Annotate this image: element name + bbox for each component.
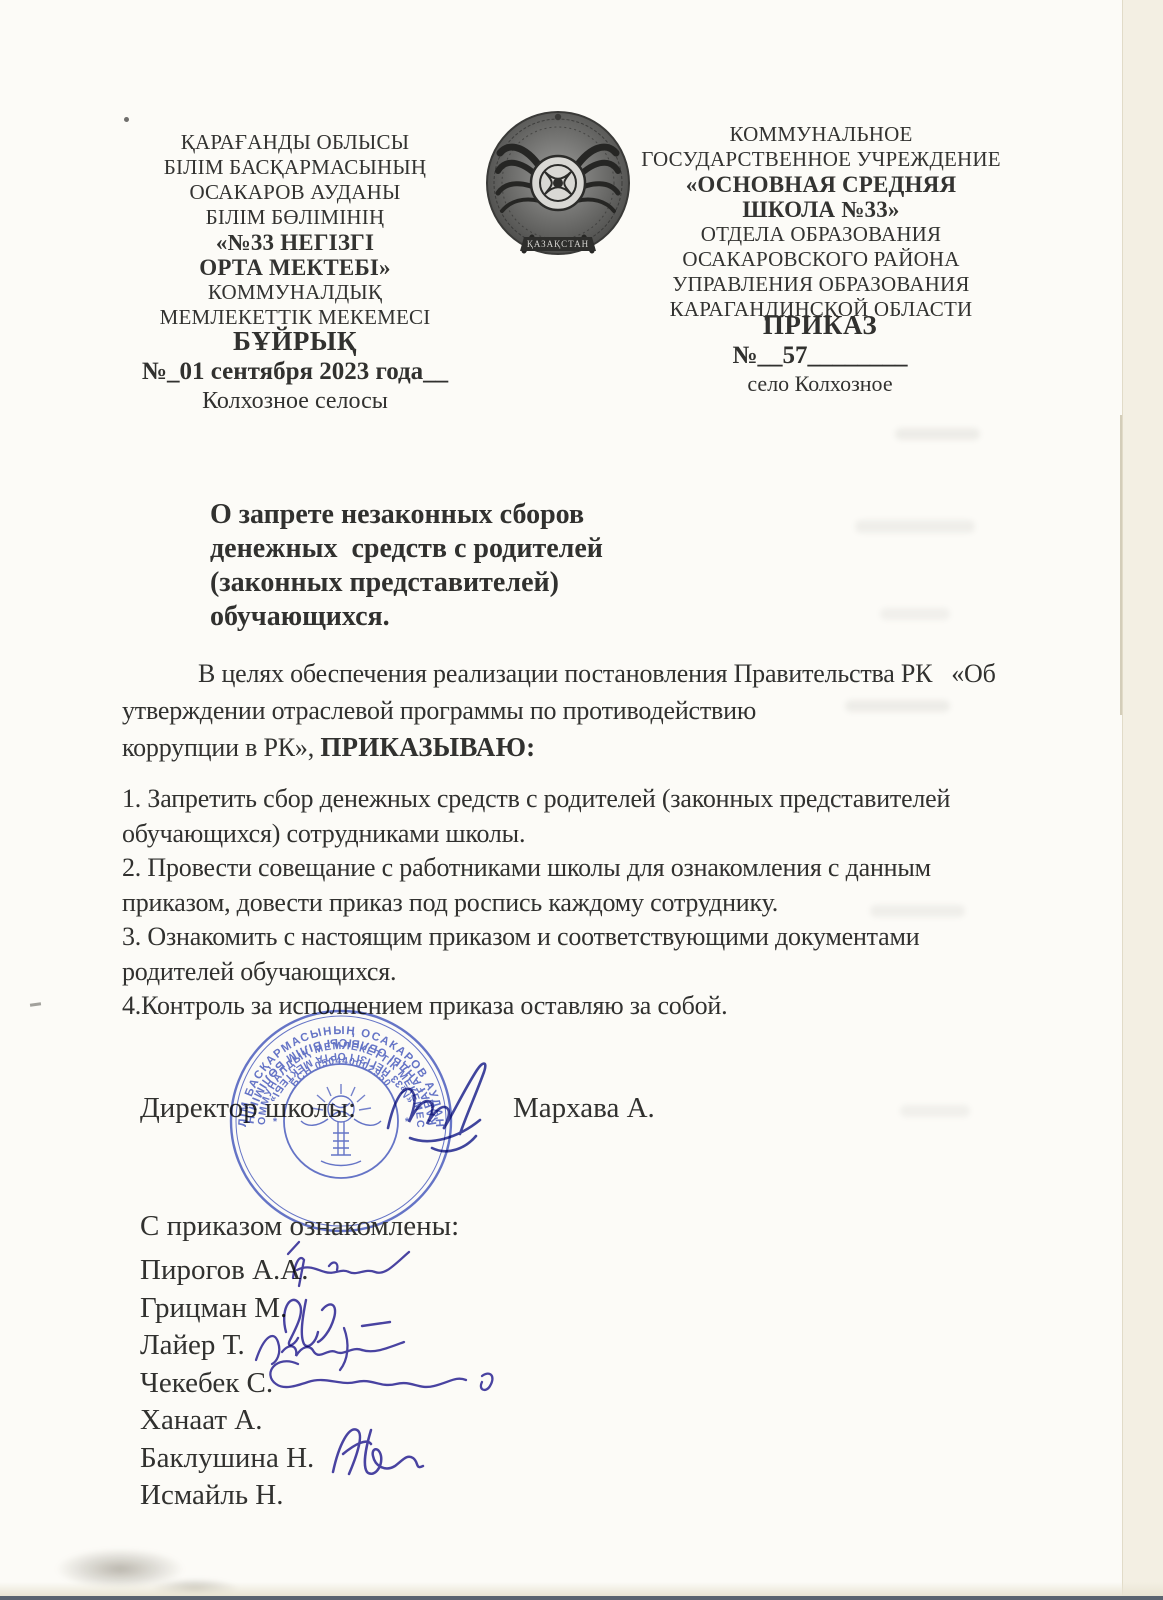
- scan-page-edge: [1122, 0, 1163, 1600]
- issuer-ru-line: КОММУНАЛЬНОЕ: [622, 122, 1020, 147]
- director-name: Мархава А.: [513, 1092, 655, 1125]
- acknowledged-name: Баклушина Н.: [140, 1440, 314, 1478]
- scan-speck: [124, 117, 129, 122]
- order-heading-kazakh: БҰЙРЫҚ №_01 сентября 2023 года__ Колхозн…: [130, 326, 460, 416]
- scanned-order-document: ҚАРАҒАНДЫ ОБЛЫСЫ БІЛІМ БАСҚАРМАСЫНЫҢ ОСА…: [0, 0, 1163, 1600]
- ink-bleed-through: [855, 520, 975, 533]
- issuer-ru-line: УПРАВЛЕНИЯ ОБРАЗОВАНИЯ: [622, 272, 1020, 297]
- scan-bottom-edge: [0, 1596, 1163, 1600]
- stamp-center-emblem: [301, 1084, 381, 1166]
- scan-dash-mark: [30, 1002, 41, 1007]
- svg-text:*: *: [273, 1116, 278, 1128]
- ink-bleed-through: [895, 428, 980, 440]
- director-signature: [380, 1050, 510, 1160]
- order-place-kk: Колхозное селосы: [130, 387, 460, 416]
- issuer-kk-line-bold: «№33 НЕГІЗГІ: [140, 230, 450, 255]
- issuer-ru-line: ОТДЕЛА ОБРАЗОВАНИЯ: [622, 222, 1020, 247]
- order-item-3: 3. Ознакомить с настоящим приказом и соо…: [122, 920, 1034, 989]
- order-subject-line: обучающихся.: [210, 600, 650, 634]
- order-subject: О запрете незаконных сборов денежных сре…: [210, 498, 650, 634]
- order-place-ru: село Колхозное: [630, 371, 1010, 397]
- order-title-ru: ПРИКАЗ: [630, 310, 1010, 340]
- acknowledged-name: Ханаат А.: [140, 1402, 314, 1440]
- issuer-name-russian: КОММУНАЛЬНОЕ ГОСУДАРСТВЕННОЕ УЧРЕЖДЕНИЕ …: [622, 122, 1020, 322]
- issuer-kk-line: ОСАКАРОВ АУДАНЫ: [140, 180, 450, 205]
- issuer-ru-line: ОСАКАРОВСКОГО РАЙОНА: [622, 247, 1020, 272]
- order-subject-line: денежных средств с родителей: [210, 532, 650, 566]
- order-command-word: ПРИКАЗЫВАЮ:: [320, 732, 535, 762]
- issuer-ru-line-bold: «ОСНОВНАЯ СРЕДНЯЯ: [622, 172, 1020, 197]
- emblem-star: [555, 114, 561, 120]
- issuer-name-kazakh: ҚАРАҒАНДЫ ОБЛЫСЫ БІЛІМ БАСҚАРМАСЫНЫҢ ОСА…: [140, 130, 450, 330]
- signature-chekebek: [256, 1348, 526, 1400]
- ink-bleed-through: [870, 905, 965, 917]
- ink-bleed-through: [900, 1105, 970, 1117]
- scan-crease-line: [1120, 415, 1122, 715]
- order-number-kk: №_01 сентября 2023 года__: [130, 356, 460, 387]
- signature-baklushina: [315, 1410, 435, 1488]
- order-number-ru: №__57________: [630, 340, 1010, 371]
- intro-line: В целях обеспечения реализации постановл…: [122, 655, 1062, 692]
- ink-bleed-through: [880, 608, 950, 620]
- issuer-ru-line: ГОСУДАРСТВЕННОЕ УЧРЕЖДЕНИЕ: [622, 147, 1020, 172]
- issuer-kk-line-bold: ОРТА МЕКТЕБІ»: [140, 255, 450, 280]
- scan-bottom-shadow: [0, 1582, 1163, 1596]
- emblem-shanyrak: [531, 156, 585, 210]
- issuer-kk-line: ҚАРАҒАНДЫ ОБЛЫСЫ: [140, 130, 450, 155]
- order-title-kk: БҰЙРЫҚ: [130, 326, 460, 356]
- order-subject-line: О запрете незаконных сборов: [210, 498, 650, 532]
- intro-line: коррупции в РК», ПРИКАЗЫВАЮ:: [122, 729, 1062, 766]
- order-item-1: 1. Запретить сбор денежных средств с род…: [122, 782, 1034, 851]
- order-items: 1. Запретить сбор денежных средств с род…: [122, 782, 1034, 1024]
- issuer-ru-line-bold: ШКОЛА №33»: [622, 197, 1020, 222]
- issuer-kk-line: БІЛІМ БАСҚАРМАСЫНЫҢ: [140, 155, 450, 180]
- order-heading-russian: ПРИКАЗ №__57________ село Колхозное: [630, 310, 1010, 397]
- emblem-banner: ҚАЗАҚСТАН: [520, 237, 596, 251]
- svg-text:ҚАЗАҚСТАН: ҚАЗАҚСТАН: [527, 239, 589, 249]
- kazakhstan-coat-of-arms: ҚАЗАҚСТАН: [483, 103, 633, 271]
- order-subject-line: (законных представителей): [210, 566, 650, 600]
- ink-bleed-through: [845, 700, 950, 712]
- issuer-kk-line: БІЛІМ БӨЛІМІНІҢ: [140, 205, 450, 230]
- issuer-kk-line: КОММУНАЛДЫҚ: [140, 280, 450, 305]
- acknowledged-name: Исмайль Н.: [140, 1477, 314, 1515]
